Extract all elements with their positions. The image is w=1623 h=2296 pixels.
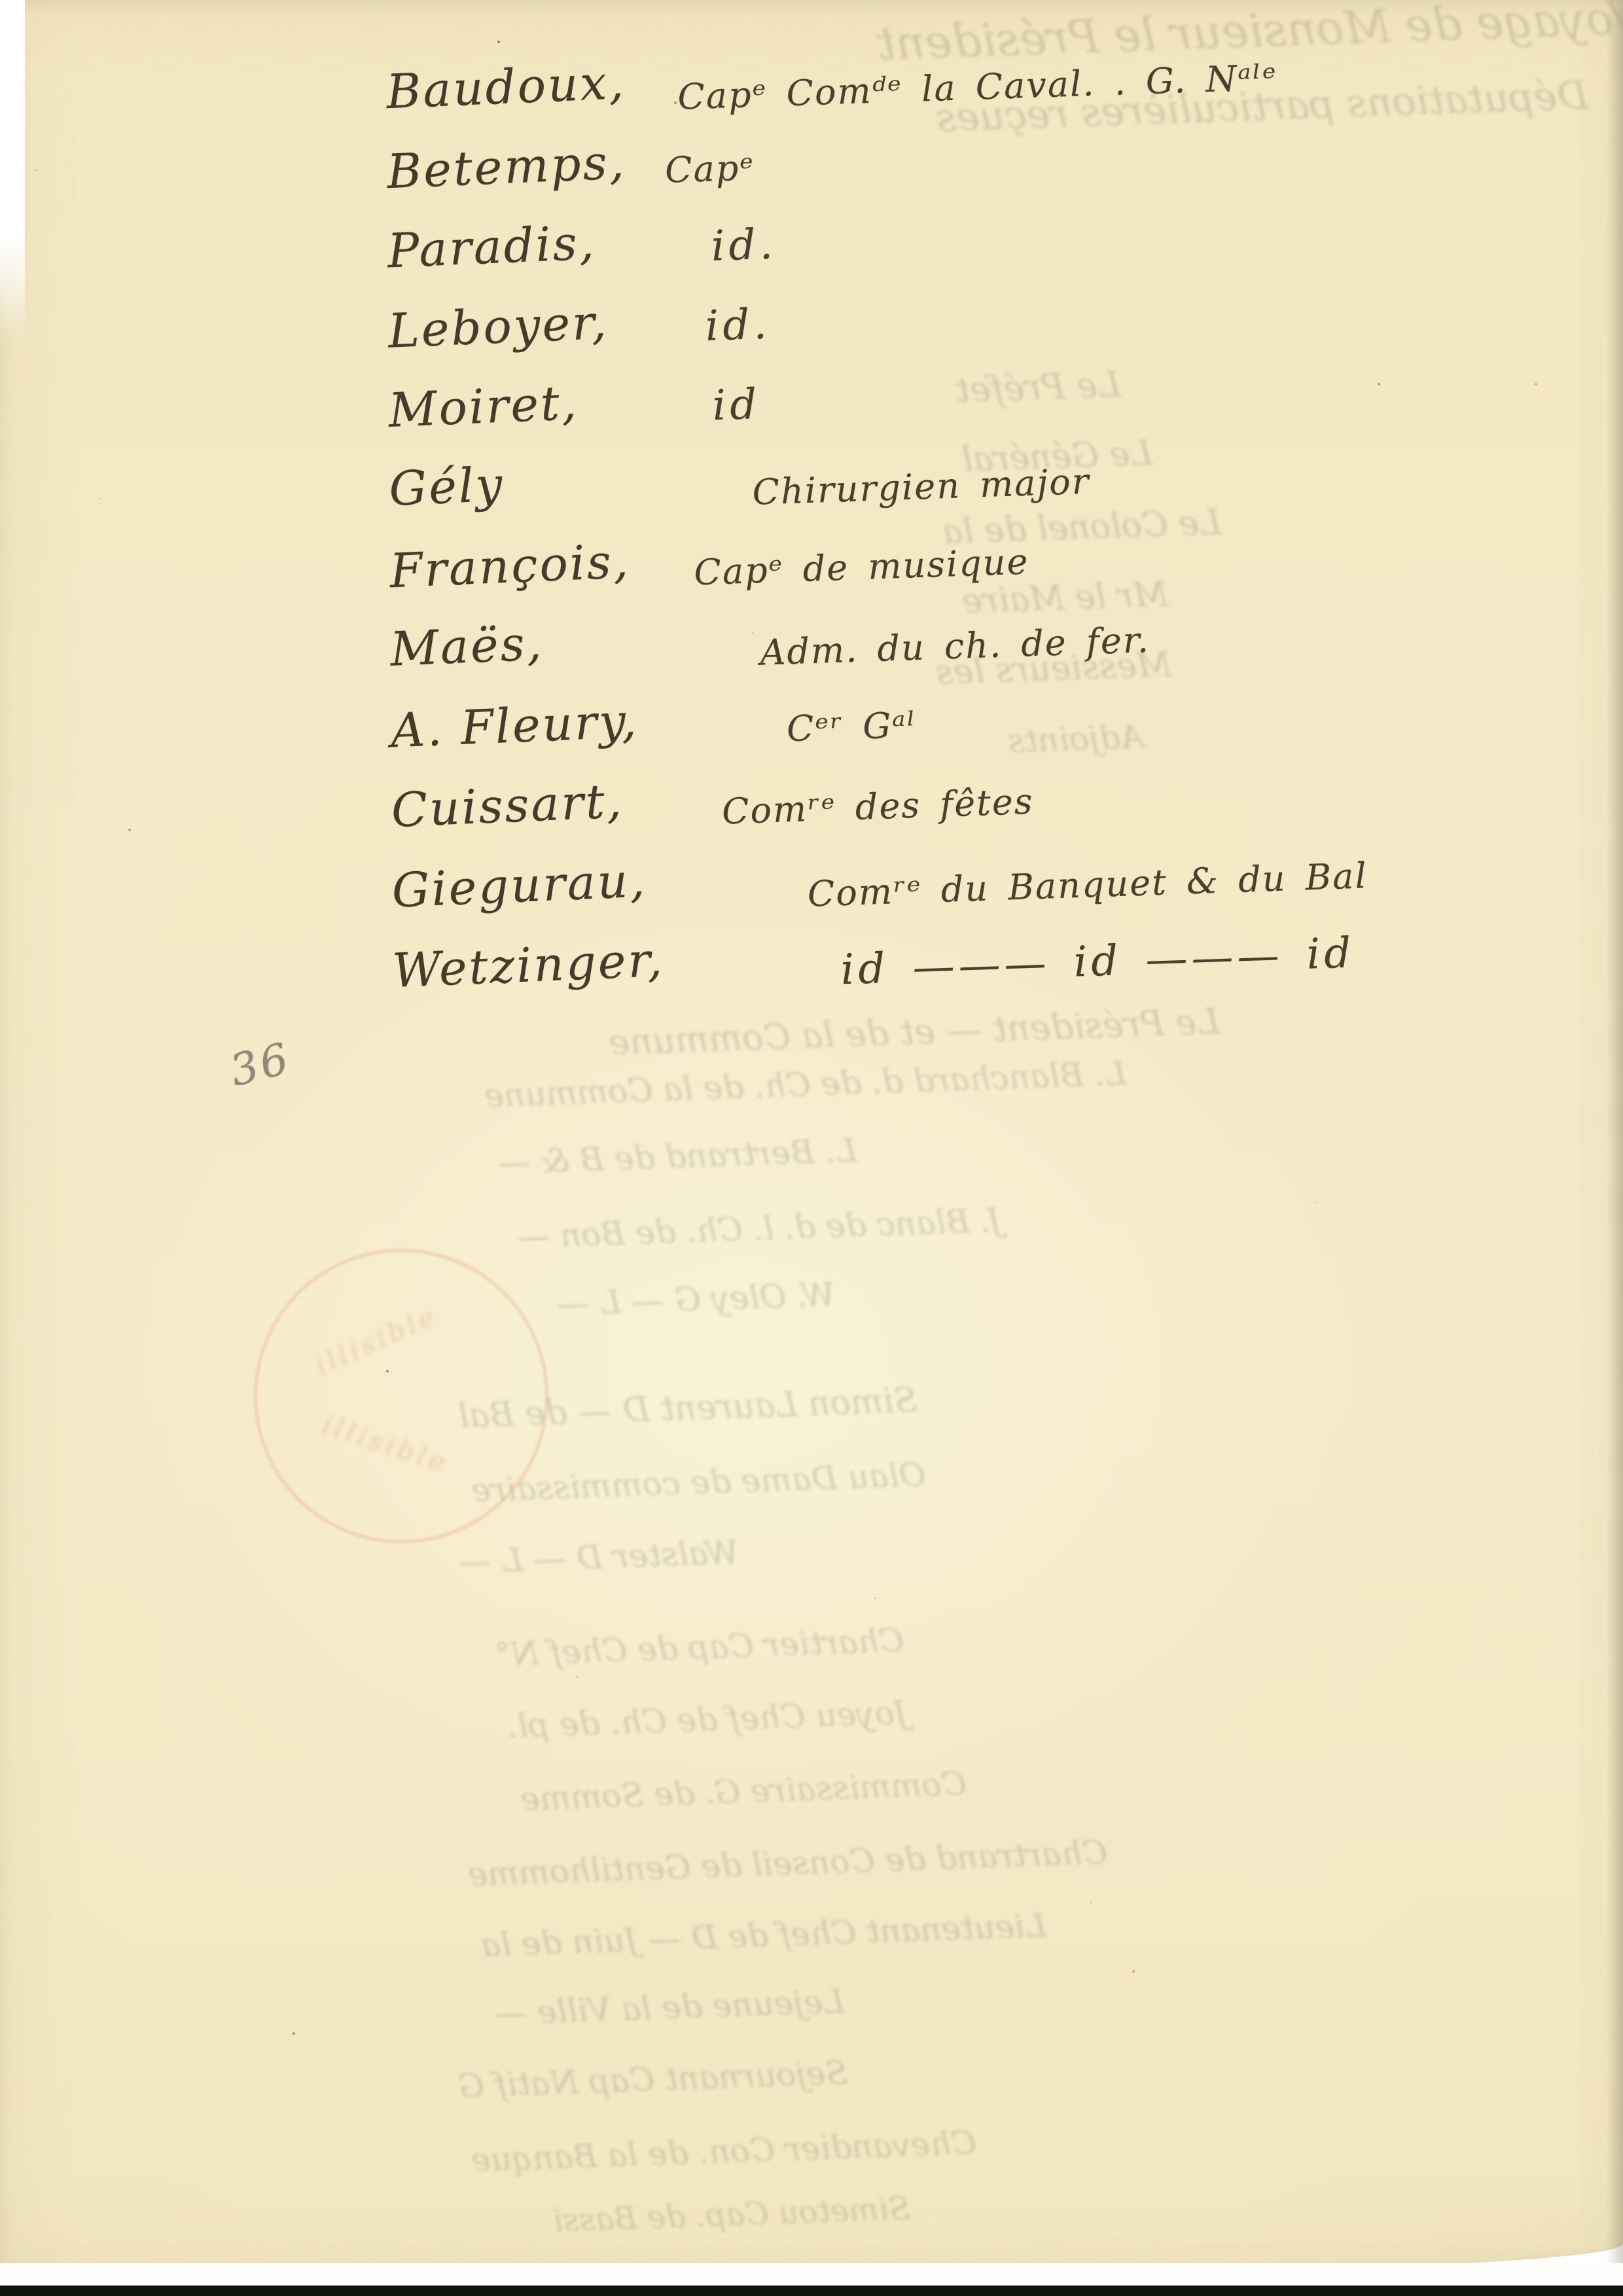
person-name: Paradis, [386, 215, 597, 278]
person-name: Leboyer, [387, 295, 609, 359]
roster-row: Maës,Adm. du ch. de fer. [390, 606, 1503, 694]
roster-row: Betemps,Capᵉ [387, 127, 1500, 215]
stamp-legend-top: illisible [311, 1300, 443, 1382]
bleedthrough-ghost-line: J. Blanc de d. l. Ch. de Bon — [516, 1201, 1002, 1256]
scanned-manuscript-screenshot: { "page": { "folio_number_pencil": "36",… [0, 0, 1623, 2296]
person-name: Giegurau, [391, 852, 647, 918]
roster-row: Leboyer,id. [387, 287, 1501, 374]
bleedthrough-ghost-line: W. Oley G — L — [556, 1276, 836, 1323]
bleedthrough-ghost-line: Sejournant Cap Natif G [457, 2054, 848, 2106]
folio-number-pencil: 36 [225, 1033, 296, 1096]
bleedthrough-ghost-line: Chevandier Con. de la Banque [471, 2124, 976, 2179]
paper-specks [497, 41, 500, 43]
person-name: Gély [388, 457, 505, 516]
person-name: François, [389, 533, 631, 598]
bleedthrough-ghost-line: L. Bertrand de B & — [497, 1131, 857, 1181]
person-name: Maës, [389, 615, 544, 677]
roster-row: Cuissart,Comʳᵉ des fêtes [391, 766, 1505, 853]
bleedthrough-ghost-line: Lejeune de la Ville — [493, 1982, 845, 2033]
person-name: Baudoux, [385, 54, 627, 119]
bleedthrough-ghost-line: Joyeu Chef de Ch. de pl. [507, 1693, 908, 1745]
roster-row: GélyChirurgien major [389, 446, 1502, 534]
person-name: Betemps, [386, 134, 627, 199]
person-name: A. Fleury, [389, 693, 639, 759]
scanner-corner-sliver [0, 0, 25, 340]
person-title: Adm. du ch. de fer. [759, 619, 1150, 673]
roster-row: Baudoux,Capᵉ Comᵈᵉ la Caval. . G. Nᵃˡᵉ [386, 47, 1499, 135]
bleedthrough-ghost-line: L. Blanchard d. de Ch. de la Commune [484, 1054, 1127, 1115]
person-title: Capᵉ Comᵈᵉ la Caval. . G. Nᵃˡᵉ [677, 56, 1277, 117]
person-title: id. [705, 300, 772, 351]
person-name: Cuissart, [390, 773, 624, 838]
name-roster-list: Baudoux,Capᵉ Comᵈᵉ la Caval. . G. NᵃˡᵉBe… [386, 47, 1505, 1013]
person-title: Chirurgien major [752, 461, 1091, 513]
person-title: Cᵉʳ Gᵃˡ [786, 704, 918, 750]
person-name: Moiret, [387, 375, 579, 438]
roster-row: Wetzinger,id ——— id ——— id [392, 925, 1505, 1013]
red-ink-stamp: illisible illisible [254, 1249, 548, 1543]
bleedthrough-ghost-line: Walster D — L — [457, 1534, 740, 1581]
person-title: id [711, 380, 761, 430]
bleedthrough-ghost-line: Chartier Cap de Chef N° [493, 1621, 904, 1674]
scan-edge-strip [0, 2286, 1623, 2296]
page-edge-shadow [1606, 0, 1623, 2272]
person-title: id ——— id ——— id [840, 929, 1356, 994]
bleedthrough-ghost-line: Lieutenant Chef de D — Juin de la [480, 1907, 1047, 1964]
person-title: Comʳᵉ des fêtes [721, 781, 1034, 833]
bleedthrough-ghost-line: Chartrand de Conseil de Gentilhomme [467, 1833, 1108, 1893]
bleedthrough-ghost-line: Simetou Cap. de Bassi [552, 2190, 911, 2239]
person-title: Capᵉ de musique [693, 541, 1029, 593]
person-title: Capᵉ [664, 147, 755, 191]
bleedthrough-ghost-line: Commissaire G. de Somme [520, 1765, 967, 1818]
roster-row: Giegurau,Comʳᵉ du Banquet & du Bal [391, 846, 1505, 933]
roster-row: Paradis,id. [387, 207, 1501, 295]
manuscript-page: Voyage de Monsieur le PrésidentDéputatio… [0, 0, 1623, 2272]
roster-row: A. Fleury,Cᵉʳ Gᵃˡ [391, 686, 1504, 774]
person-name: Wetzinger, [391, 932, 665, 998]
person-title: Comʳᵉ du Banquet & du Bal [807, 855, 1368, 914]
bleedthrough-ghost-line: Olau Dame de commissaire [471, 1456, 926, 1509]
roster-row: Moiret,id [388, 367, 1501, 454]
roster-row: François,Capᵉ de musique [389, 526, 1503, 614]
stamp-legend-bottom: illisible [318, 1410, 452, 1479]
person-title: id. [711, 221, 777, 271]
